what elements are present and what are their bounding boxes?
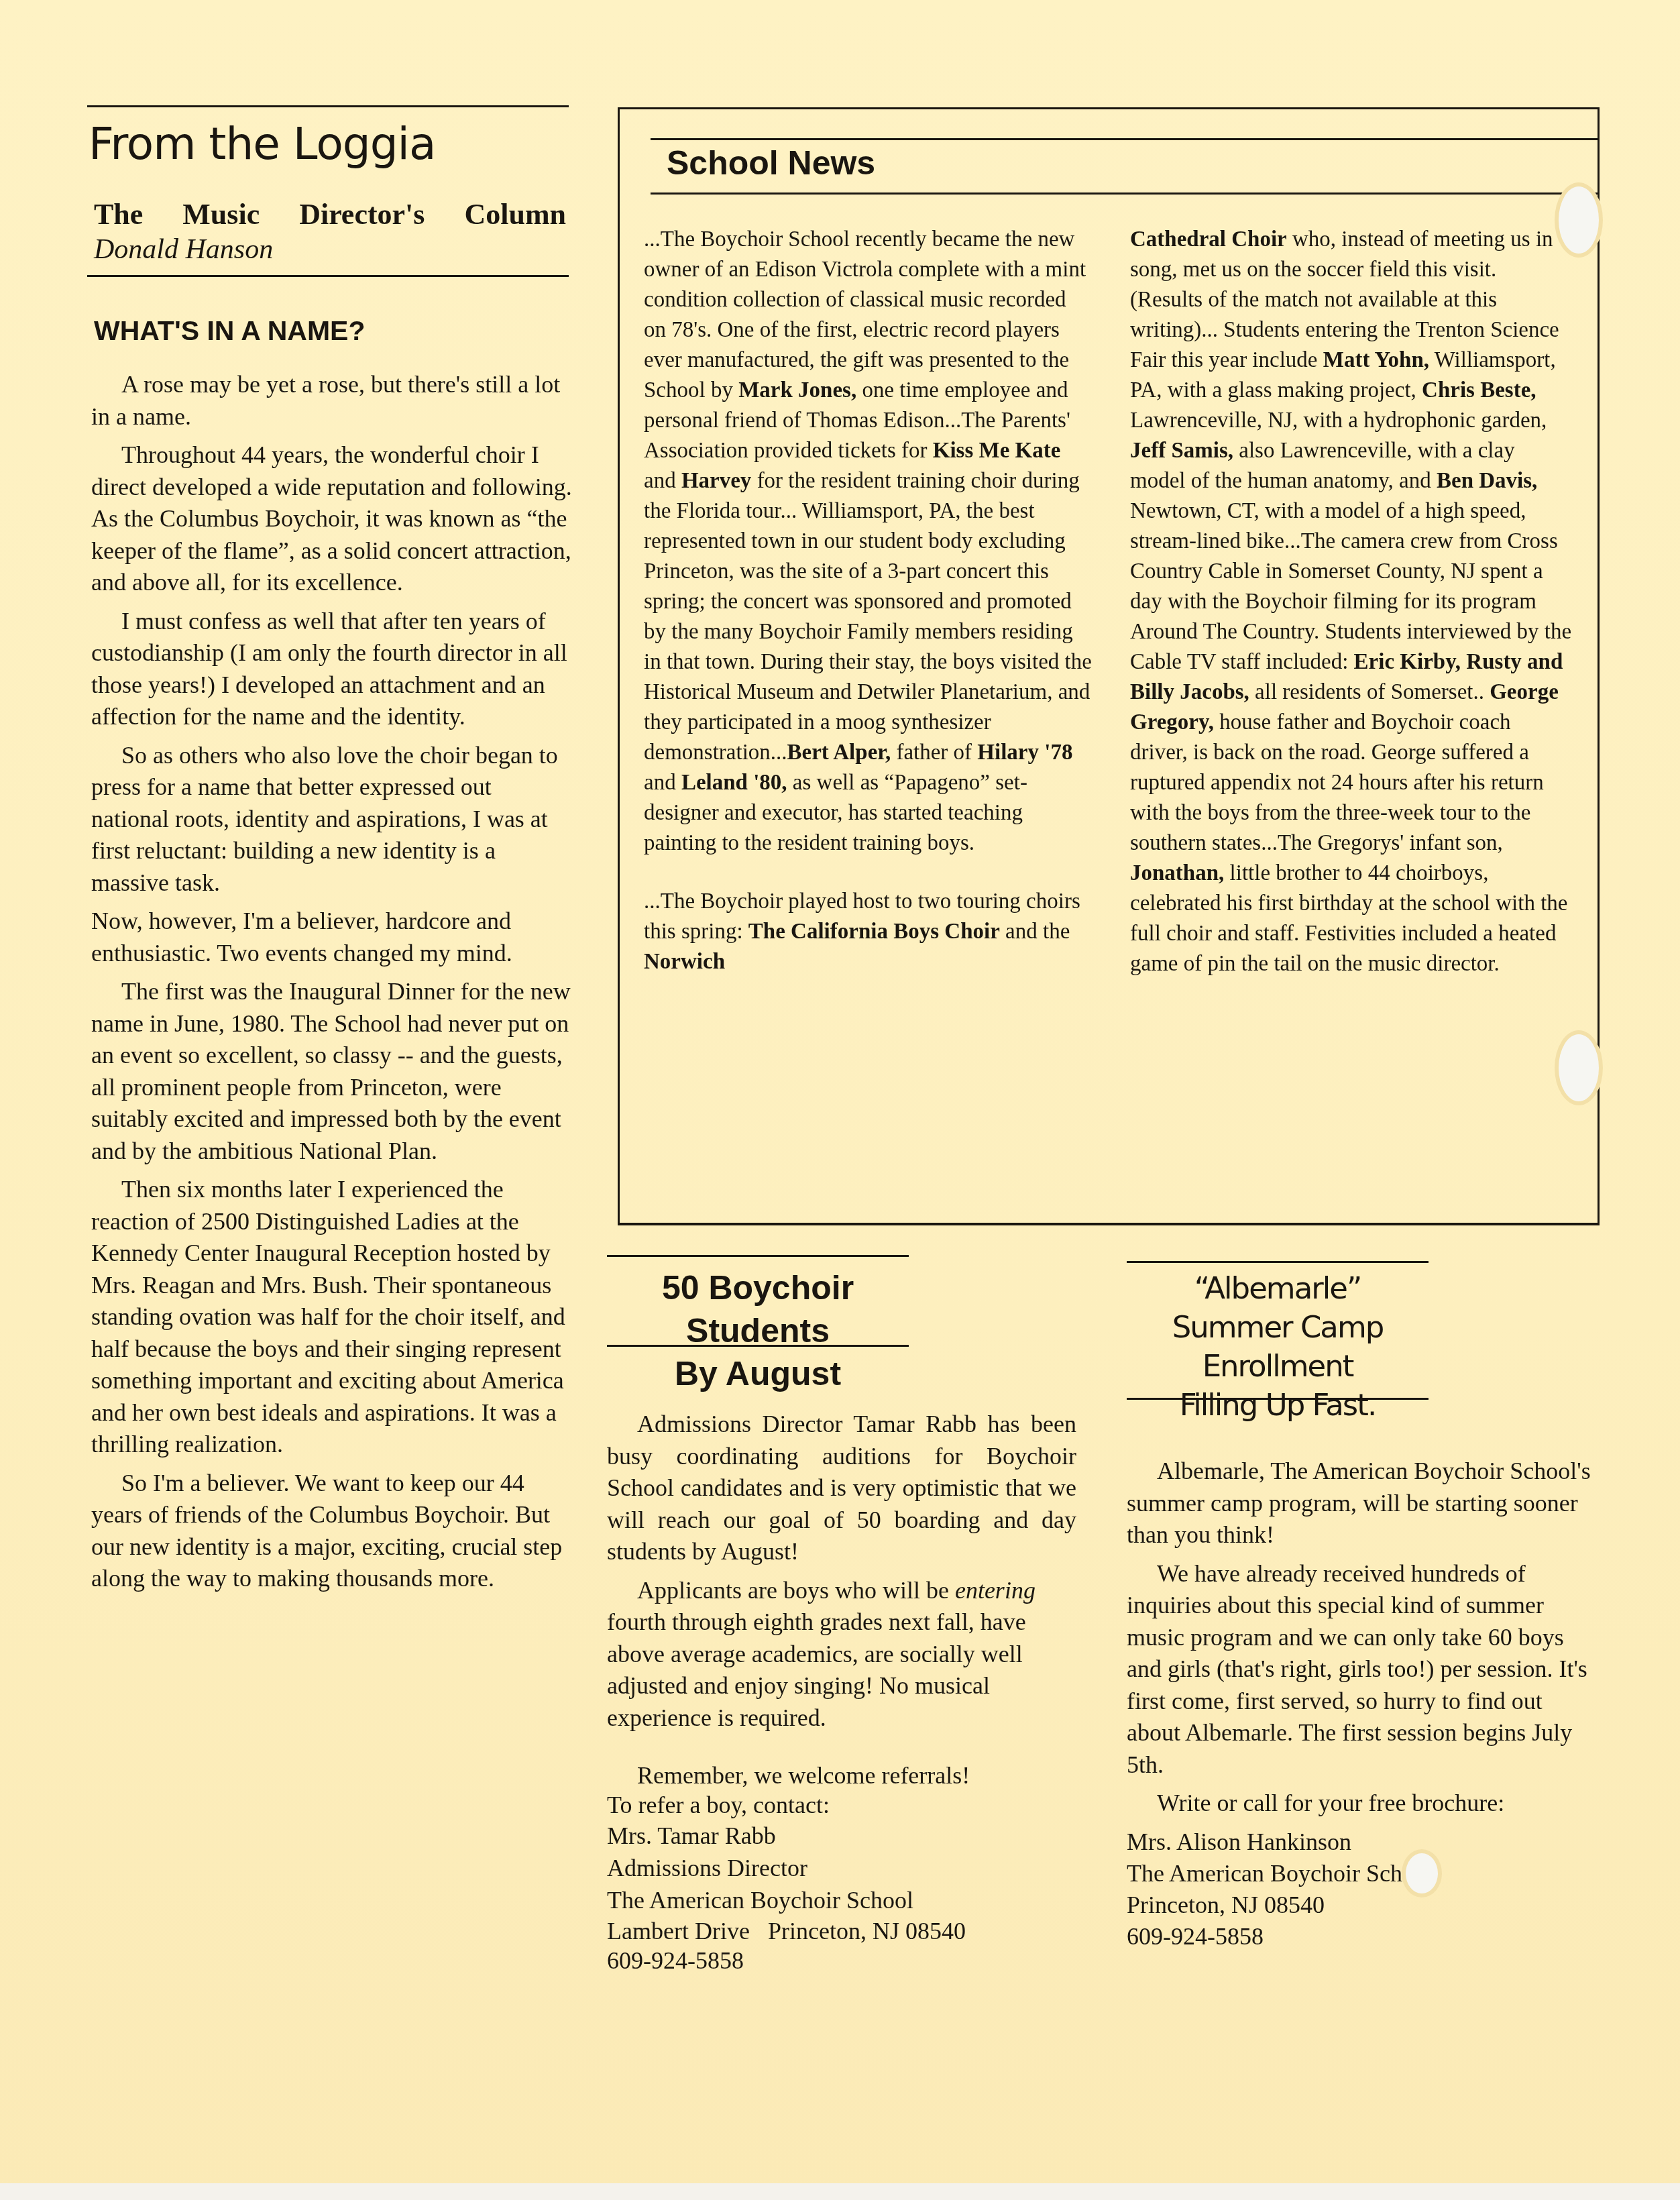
camp-top-rule xyxy=(1127,1261,1429,1263)
paragraph: So as others who also love the choir beg… xyxy=(91,740,574,899)
name-leland: Leland '80, xyxy=(681,771,787,795)
contact-name: Mrs. Tamar Rabb xyxy=(607,1820,1076,1852)
paragraph: I must confess as well that after ten ye… xyxy=(91,606,574,733)
contact-block: To refer a boy, contact: Mrs. Tamar Rabb… xyxy=(607,1790,1076,1975)
camp-article-body: Albemarle, The American Boychoir School'… xyxy=(1127,1455,1600,1953)
students-article-title: 50 Boychoir Students By August xyxy=(607,1266,909,1395)
news-paragraph: Cathedral Choir who, instead of meeting … xyxy=(1130,225,1573,979)
name-mark-jones: Mark Jones, xyxy=(738,378,856,402)
column-name: The Music Director's Column xyxy=(94,197,566,231)
name-cathedral-choir: Cathedral Choir xyxy=(1130,227,1287,252)
punch-hole-middle xyxy=(1555,1030,1603,1105)
punch-hole-top xyxy=(1555,182,1603,258)
students-article-body: Admissions Director Tamar Rabb has been … xyxy=(607,1409,1076,1975)
name-hilary: Hilary '78 xyxy=(977,740,1072,765)
newsletter-page: From the Loggia The Music Director's Col… xyxy=(0,0,1680,2200)
students-top-rule xyxy=(607,1255,909,1257)
paragraph: We have already received hundreds of inq… xyxy=(1127,1558,1600,1781)
top-rule-left xyxy=(87,105,569,107)
paragraph: A rose may be yet a rose, but there's st… xyxy=(91,369,574,433)
name-bert-alper: Bert Alper, xyxy=(787,740,891,765)
article-title: WHAT'S IN A NAME? xyxy=(94,315,366,347)
paragraph: Albemarle, The American Boychoir School'… xyxy=(1127,1455,1600,1551)
contact-phone: 609-924-5858 xyxy=(1127,1921,1600,1953)
paragraph: Remember, we welcome referrals! xyxy=(607,1761,1076,1790)
contact-address: Lambert Drive Princeton, NJ 08540 xyxy=(607,1916,1076,1946)
section-title: From the Loggia xyxy=(89,114,435,174)
paragraph: Applicants are boys who will be entering… xyxy=(607,1575,1076,1735)
name-jonathan: Jonathan, xyxy=(1130,861,1224,885)
camp-bottom-rule xyxy=(1127,1398,1429,1400)
name-matt-yohn: Matt Yohn, xyxy=(1323,348,1429,372)
contact-address: Princeton, NJ 08540 xyxy=(1127,1889,1600,1921)
contact-title: Admissions Director xyxy=(607,1852,1076,1884)
punch-hole-bottom xyxy=(1402,1849,1442,1898)
students-bottom-rule xyxy=(607,1345,909,1347)
contact-name: Mrs. Alison Hankinson xyxy=(1127,1826,1600,1858)
school-news-bottom-rule xyxy=(651,192,1598,195)
paragraph: Admissions Director Tamar Rabb has been … xyxy=(607,1409,1076,1568)
column-author: Donald Hanson xyxy=(94,233,273,266)
school-news-title: School News xyxy=(667,144,875,182)
news-paragraph: ...The Boychoir School recently became t… xyxy=(644,225,1093,859)
school-news-top-rule xyxy=(651,138,1598,140)
school-news-col2: Cathedral Choir who, instead of meeting … xyxy=(1130,225,1573,979)
paragraph: Then six months later I experienced the … xyxy=(91,1174,574,1461)
contact-organization: The American Boychoir School xyxy=(607,1884,1076,1916)
contact-block: Mrs. Alison Hankinson The American Boych… xyxy=(1127,1826,1600,1953)
paragraph: Now, however, I'm a believer, hardcore a… xyxy=(91,905,574,969)
paragraph: So I'm a believer. We want to keep our 4… xyxy=(91,1468,574,1595)
loggia-article-body: A rose may be yet a rose, but there's st… xyxy=(91,369,574,1595)
contact-line: To refer a boy, contact: xyxy=(607,1790,1076,1820)
title-kiss-me-kate: Kiss Me Kate xyxy=(933,439,1061,463)
author-rule xyxy=(87,275,569,277)
name-chris-beste: Chris Beste, xyxy=(1422,378,1536,402)
camp-article-title: “Albemarle” Summer Camp Enrollment Filli… xyxy=(1120,1269,1435,1425)
school-news-col1: ...The Boychoir School recently became t… xyxy=(644,225,1093,977)
contact-phone: 609-924-5858 xyxy=(607,1946,1076,1975)
paragraph: The first was the Inaugural Dinner for t… xyxy=(91,976,574,1167)
name-norwich: Norwich xyxy=(644,950,725,974)
paragraph: Write or call for your free brochure: xyxy=(1127,1787,1600,1820)
paragraph: Throughout 44 years, the wonderful choir… xyxy=(91,439,574,599)
contact-organization: The American Boychoir School xyxy=(1127,1858,1600,1889)
page-bottom-edge xyxy=(0,2183,1680,2200)
name-ben-davis: Ben Davis, xyxy=(1437,469,1537,493)
name-california-boys-choir: The California Boys Choir xyxy=(748,920,1000,944)
name-jeff-samis: Jeff Samis, xyxy=(1130,439,1233,463)
news-paragraph: ...The Boychoir played host to two touri… xyxy=(644,887,1093,977)
title-harvey: Harvey xyxy=(681,469,751,493)
